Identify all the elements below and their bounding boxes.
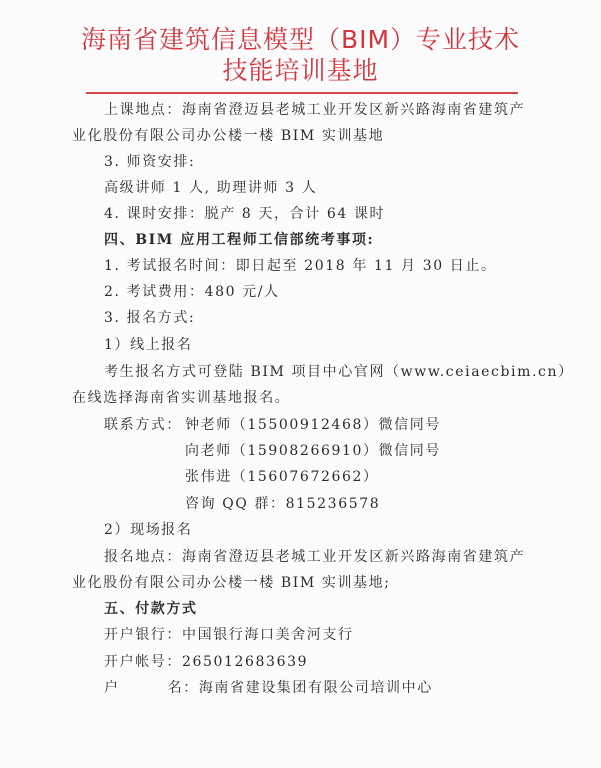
contact-item: 向老师（15908266910）微信同号 (185, 441, 441, 461)
account-name-label-b: 名： (168, 680, 199, 696)
document-title-line-2: 技能培训基地 (0, 56, 601, 86)
venue-line-1: 上课地点：海南省澄迈县老城工业开发区新兴路海南省建筑产 (104, 100, 525, 120)
teachers-detail: 高级讲师 1 人, 助理讲师 3 人 (104, 178, 317, 198)
contact-item: 钟老师（15500912468）微信同号 (185, 415, 441, 435)
account-name-value: 海南省建设集团有限公司培训中心 (199, 680, 433, 696)
account-name-row: 户名：海南省建设集团有限公司培训中心 (104, 678, 433, 698)
section-4-heading: 四、BIM 应用工程师工信部统考事项: (104, 230, 374, 250)
contact-item: 咨询 QQ 群：815236578 (185, 494, 380, 514)
account-name-label-a: 户 (104, 680, 120, 696)
account-value: 265012683639 (182, 654, 308, 670)
teachers-heading: 3. 师资安排: (104, 152, 195, 172)
bank-row: 开户银行：中国银行海口美舍河支行 (104, 625, 354, 645)
onsite-venue-line-1: 报名地点：海南省澄迈县老城工业开发区新兴路海南省建筑产 (104, 547, 525, 567)
document-page: 海南省建筑信息模型（BIM）专业技术 技能培训基地 上课地点：海南省澄迈县老城工… (0, 0, 601, 768)
online-registration-desc-line-1: 考生报名方式可登陆 BIM 项目中心官网（www.ceiaecbim.cn） (104, 362, 574, 382)
bank-value: 中国银行海口美舍河支行 (182, 627, 354, 643)
contact-label: 联系方式： (104, 415, 182, 435)
online-registration-desc-line-2: 在线选择海南省实训基地报名。 (72, 388, 290, 408)
online-registration-heading: 1）线上报名 (104, 335, 193, 355)
contact-item: 张伟进（15607672662） (185, 467, 379, 487)
account-label: 开户帐号： (104, 654, 182, 670)
onsite-venue-line-2: 业化股份有限公司办公楼一楼 BIM 实训基地; (72, 573, 391, 593)
onsite-registration-heading: 2）现场报名 (104, 520, 193, 540)
account-row: 开户帐号：265012683639 (104, 652, 308, 672)
exam-registration-time: 1. 考试报名时间：即日起至 2018 年 11 月 30 日止。 (104, 256, 497, 276)
registration-method-heading: 3. 报名方式: (104, 308, 195, 328)
section-5-heading: 五、付款方式 (104, 599, 198, 619)
exam-fee: 2. 考试费用：480 元/人 (104, 282, 280, 302)
bank-label: 开户银行： (104, 627, 182, 643)
venue-line-2: 业化股份有限公司办公楼一楼 BIM 实训基地 (72, 126, 384, 146)
course-hours: 4. 课时安排：脱产 8 天，合计 64 课时 (104, 204, 385, 224)
title-divider (86, 92, 518, 94)
document-title-line-1: 海南省建筑信息模型（BIM）专业技术 (0, 25, 601, 55)
